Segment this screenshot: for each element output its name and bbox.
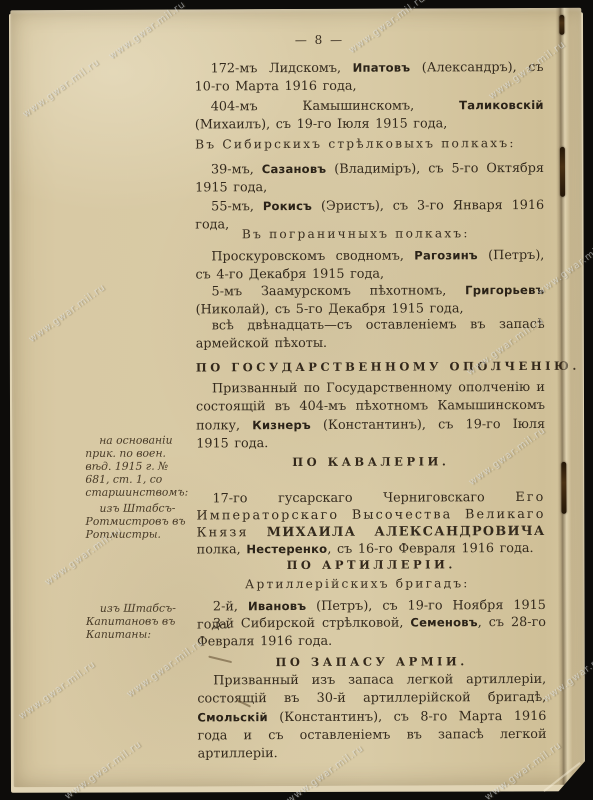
entry-text: 5-мъ Заамурскомъ пѣхотномъ, bbox=[212, 283, 466, 299]
page-number: — 8 — bbox=[244, 33, 394, 48]
surname-bold: Кизнеръ bbox=[252, 418, 311, 432]
surname-bold: Смольскій bbox=[197, 710, 267, 724]
entry-text: 39-мъ, bbox=[211, 162, 262, 177]
entry-text: (Михаилъ), съ 19-го Іюля 1915 года, bbox=[195, 116, 448, 132]
entry-text: (Николай), съ 5-го Декабря 1915 года, bbox=[196, 301, 464, 317]
heading-army-reserve: ПО ЗАПАСУ АРМІИ. bbox=[197, 654, 546, 670]
surname-bold: Таликовскій bbox=[459, 98, 544, 112]
entry-militia-kizner: Призванный по Государственному ополченію… bbox=[196, 379, 545, 454]
margin-note-order-basis: на основаніи прик. по воен. вѣд. 1915 г.… bbox=[85, 433, 189, 498]
surname-bold: Ивановъ bbox=[248, 599, 306, 613]
entry-kamyshinsky-regiment: 404-мъ Камышинскомъ, Таликовскій (Михаил… bbox=[195, 96, 544, 135]
surname-bold: Сазановъ bbox=[262, 162, 327, 176]
surname-bold: Семеновъ bbox=[410, 615, 477, 629]
entry-all-twelve-note: всѣ двѣнадцать—съ оставленіемъ въ запасѣ… bbox=[196, 316, 545, 354]
surname-bold: Рагозинъ bbox=[414, 248, 478, 262]
entry-text: всѣ двѣнадцать—съ оставленіемъ въ запасѣ… bbox=[196, 317, 545, 352]
binding-stitch bbox=[559, 15, 564, 35]
entry-3rd-siberian-brigade: 3-й Сибирской стрѣлковой, Семеновъ, съ 2… bbox=[197, 613, 546, 652]
subheading-artillery-brigades: Артиллерійскихъ бригадъ: bbox=[183, 576, 532, 592]
entry-text: Проскуровскомъ сводномъ, bbox=[211, 248, 414, 264]
entry-text: 2-й, bbox=[213, 599, 248, 614]
binding-stitch bbox=[560, 147, 565, 197]
heading-cavalry: ПО КАВАЛЕРІИ. bbox=[196, 454, 545, 470]
entry-lidsky-regiment: 172-мъ Лидскомъ, Ипатовъ (Александръ), с… bbox=[195, 58, 544, 97]
entry-proskurov-regiment: Проскуровскомъ сводномъ, Рагозинъ (Петръ… bbox=[195, 246, 544, 285]
document-page: — 8 — 172-мъ Лидскомъ, Ипатовъ (Александ… bbox=[10, 8, 584, 787]
grand-duke-name-caps: МИХАИЛА АЛЕКСАНДРОВИЧА bbox=[249, 524, 546, 540]
entry-zaamursky-regiment: 5-мъ Заамурскомъ пѣхотномъ, Григорьевъ (… bbox=[195, 281, 544, 320]
surname-bold: Ипатовъ bbox=[353, 61, 411, 75]
heading-artillery: ПО АРТИЛЛЕРІИ. bbox=[197, 557, 546, 573]
surname-bold: Григорьевъ bbox=[465, 283, 544, 297]
binding-fold bbox=[555, 8, 584, 785]
heading-state-militia: ПО ГОСУДАРСТВЕННОМУ ОПОЛЧЕНІЮ. bbox=[196, 359, 545, 375]
entry-text: Призванный изъ запаса легкой артиллеріи,… bbox=[197, 672, 546, 707]
surname-bold: Рокисъ bbox=[263, 199, 312, 213]
entry-text: 404-мъ Камышинскомъ, bbox=[211, 98, 460, 114]
entry-hussar-regiment: 17-го гусарскаго Черниговскаго Его Импер… bbox=[196, 489, 545, 559]
binding-stitch bbox=[561, 462, 566, 514]
margin-note-rotmistry: изъ Штабсъ-Ротмистровъ въ Ротмистры. bbox=[85, 501, 189, 540]
entry-text: 3-й Сибирской стрѣлковой, bbox=[213, 616, 410, 632]
entry-text: 17-го гусарскаго Черниговскаго bbox=[212, 490, 515, 506]
entry-text: 172-мъ Лидскомъ, bbox=[211, 61, 353, 77]
entry-text: полка, bbox=[197, 542, 247, 557]
subheading-border-regiments: Въ пограничныхъ полкахъ: bbox=[181, 226, 530, 242]
entry-text: 55-мъ, bbox=[211, 199, 263, 214]
entry-text: , съ 16-го Февраля 1916 года. bbox=[327, 541, 533, 557]
surname-bold: Нестеренко bbox=[246, 542, 327, 556]
scan-background: — 8 — 172-мъ Лидскомъ, Ипатовъ (Александ… bbox=[0, 0, 593, 800]
margin-note-kapitany: изъ Штабсъ-Капитановъ въ Капитаны: bbox=[86, 601, 190, 640]
entry-reserve-smolsky: Призванный изъ запаса легкой артиллеріи,… bbox=[197, 671, 546, 764]
subheading-siberian-rifle-regiments: Въ Сибирскихъ стрѣлковыхъ полкахъ: bbox=[181, 136, 530, 152]
entry-39th-regiment: 39-мъ, Сазановъ (Владиміръ), съ 5-го Окт… bbox=[195, 159, 544, 198]
